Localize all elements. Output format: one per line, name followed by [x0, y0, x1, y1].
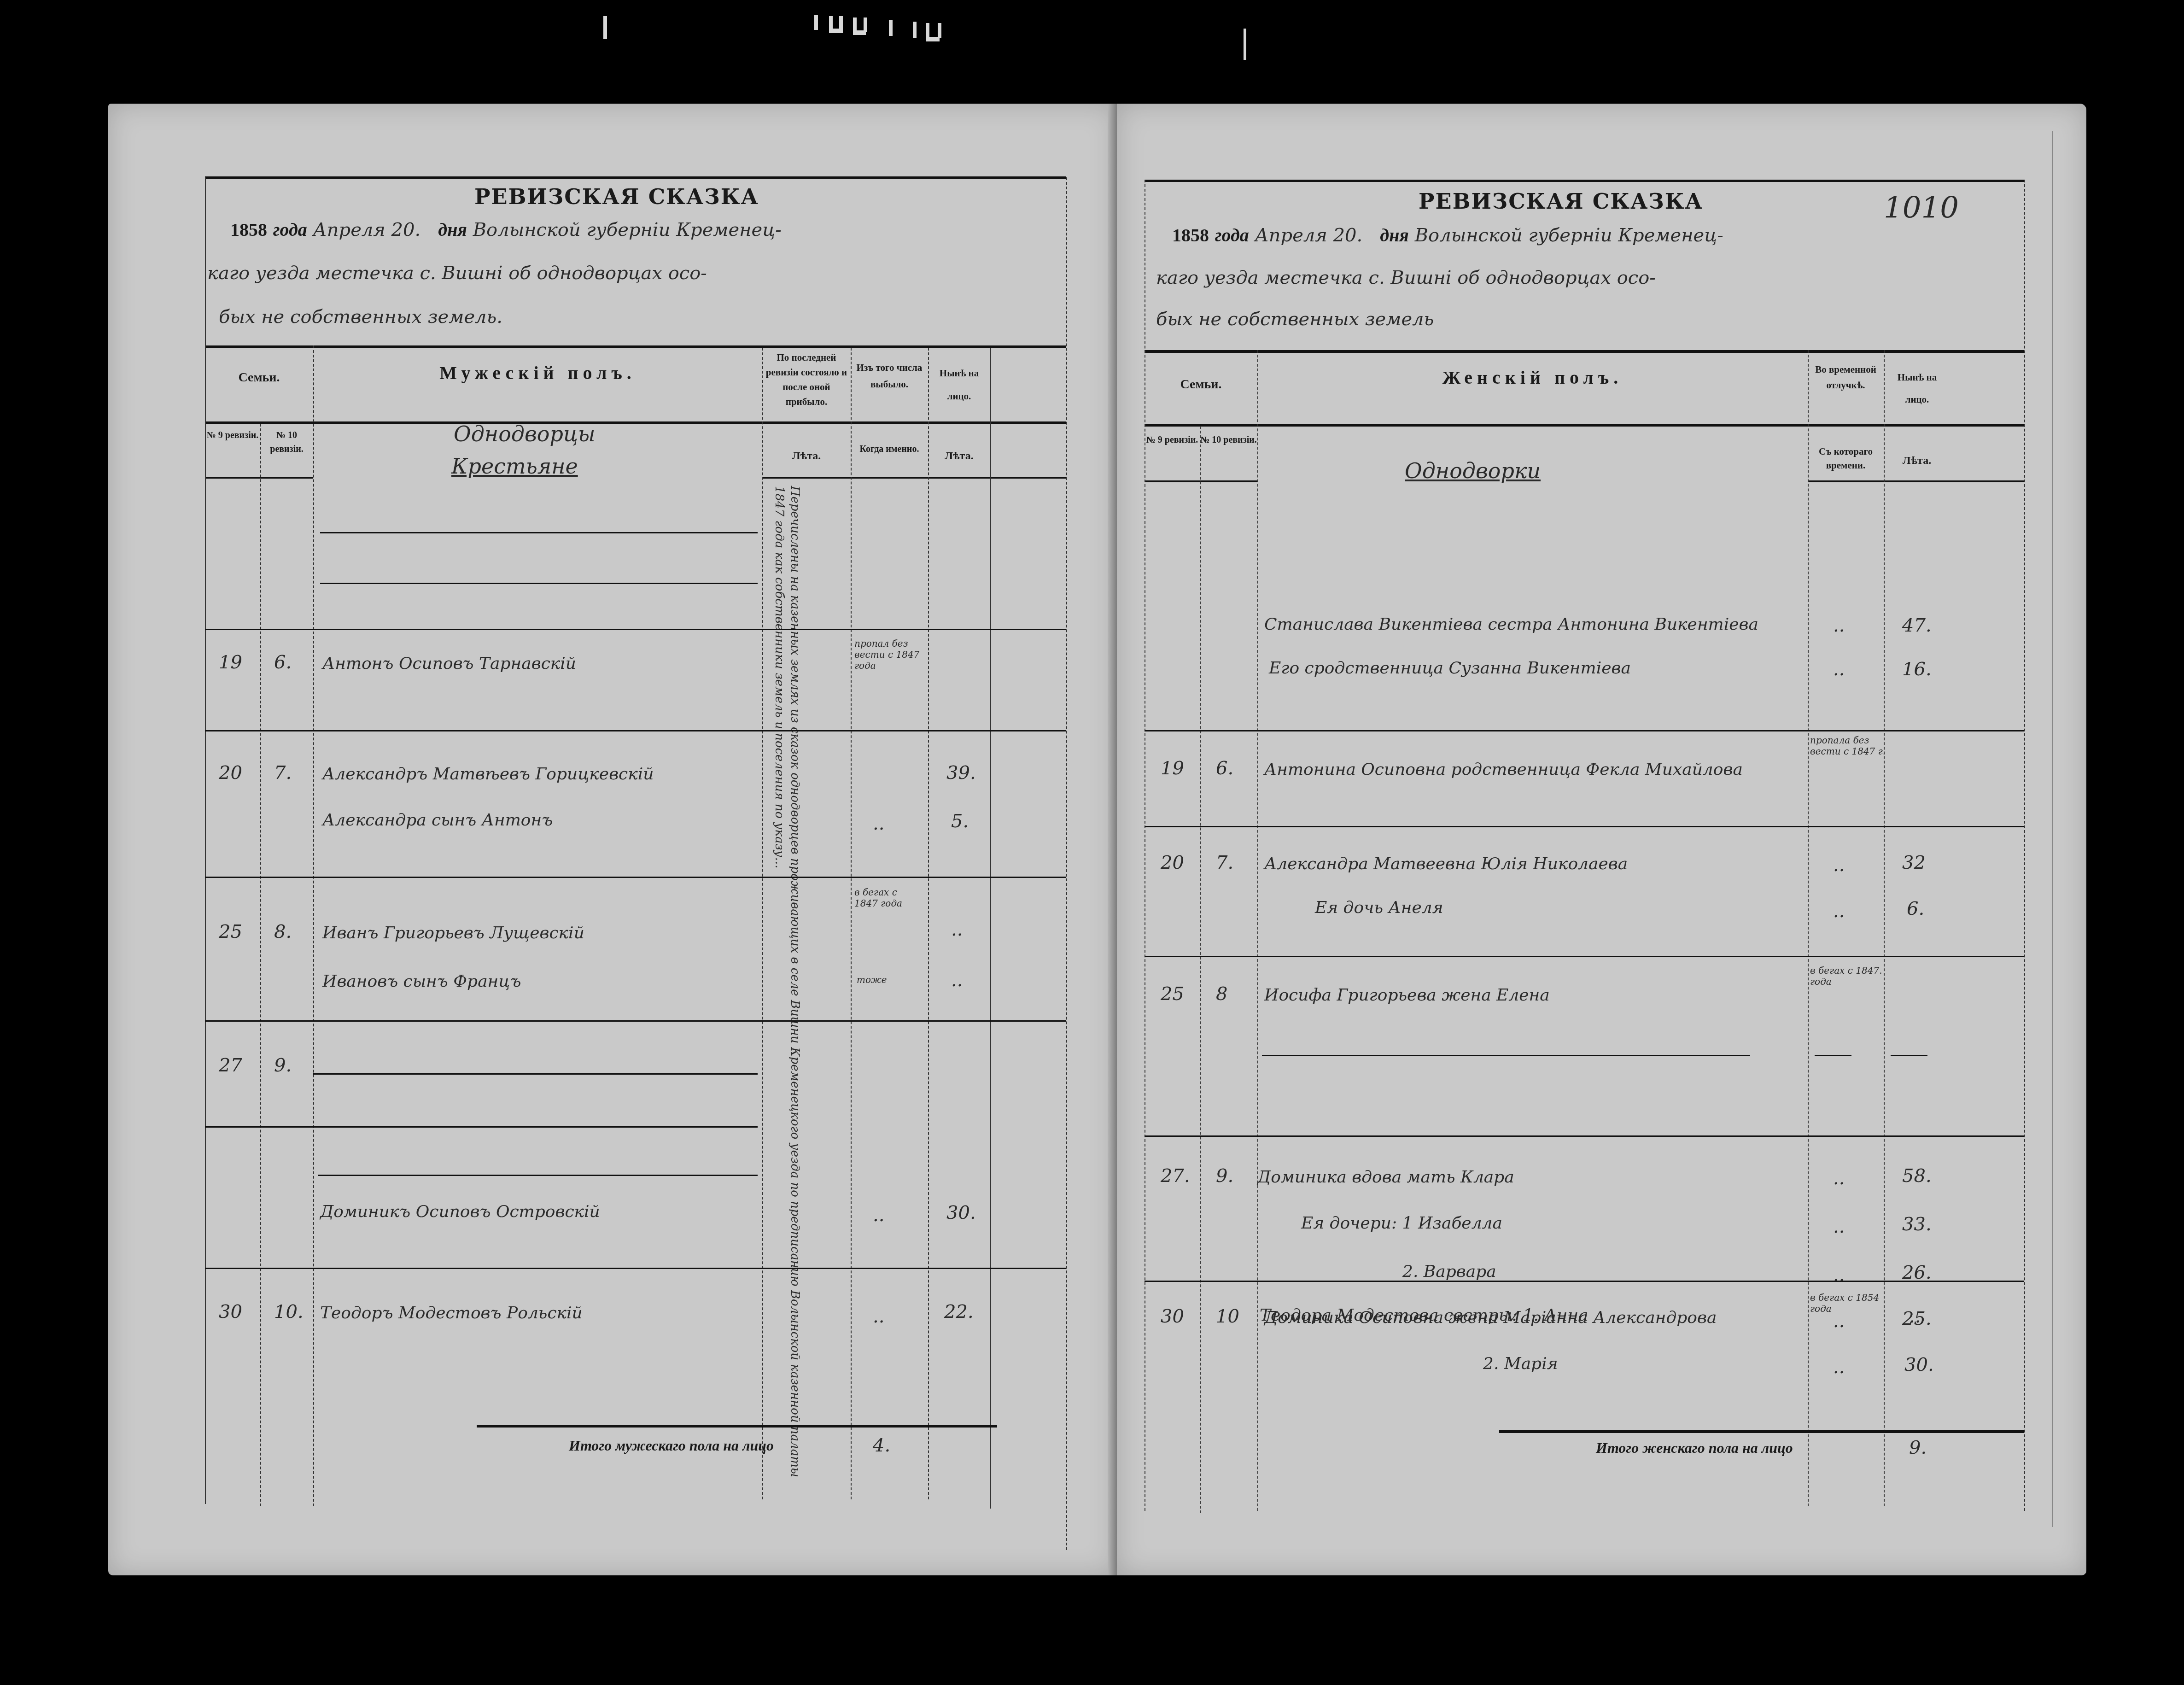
- total-female-label: Итого женскаго пола на лицо: [1596, 1439, 1793, 1457]
- header-rev10: № 10 ревизiи.: [1200, 433, 1257, 447]
- header-years: Лѣта.: [763, 449, 850, 463]
- intro-line-2: каго уезда местечка с. Вишнi об однодвор…: [1156, 267, 1656, 288]
- header-gender: Мужескiй полъ.: [313, 366, 762, 380]
- right-page: РЕВИЗСКАЯ СКАЗКА 1010 1858 года Апреля 2…: [1117, 104, 2086, 1575]
- header-now: Нынѣ на лицо.: [1885, 366, 2023, 410]
- header-years-now: Лѣта.: [929, 449, 989, 463]
- page-edge-fold: [2052, 131, 2053, 1527]
- header-rev10: № 10 ревизiи.: [260, 428, 313, 456]
- rule: [205, 176, 1066, 179]
- header-temp-absent: Во временной отлучкѣ.: [1809, 362, 1883, 393]
- section-heading: Однодворки: [1405, 458, 1541, 483]
- section-heading-1: Однодворцы: [454, 421, 596, 446]
- header-now: Нынѣ на лицо.: [929, 362, 989, 408]
- intro-line-1: 1858 года Апреля 20. дня Волынской губер…: [230, 219, 782, 240]
- header-families: Семьи.: [1145, 378, 1257, 392]
- header-gender: Женскiй полъ.: [1257, 371, 1808, 385]
- open-ledger: РЕВИЗСКАЯ СКАЗКА 1858 года Апреля 20. дн…: [108, 104, 2086, 1575]
- header-years: Лѣта.: [1885, 454, 1949, 468]
- page-title: РЕВИЗСКАЯ СКАЗКА: [1419, 189, 1703, 214]
- vertical-annotation: Перечислены на казенных землях из сказок…: [771, 486, 803, 1499]
- header-departed: Изъ того числа выбыло.: [852, 359, 927, 392]
- header-last-revision: По последней ревизiи состояло и после он…: [763, 350, 850, 409]
- folio-number: 1010: [1884, 191, 1959, 225]
- total-female-value: 9.: [1909, 1437, 1927, 1458]
- intro-line-3: бых не собственных земель.: [219, 306, 502, 328]
- left-page: РЕВИЗСКАЯ СКАЗКА 1858 года Апреля 20. дн…: [108, 104, 1117, 1575]
- intro-line-1: 1858 года Апреля 20. дня Волынской губер…: [1172, 224, 1723, 246]
- header-since: Съ котораго времени.: [1809, 445, 1883, 472]
- total-male-value: 4.: [873, 1435, 890, 1456]
- header-rev9: № 9 ревизiи.: [205, 428, 260, 442]
- header-families: Семьи.: [205, 371, 313, 385]
- intro-line-2: каго уезда местечка с. Вишнi об однодвор…: [207, 263, 707, 284]
- page-title: РЕВИЗСКАЯ СКАЗКА: [474, 184, 759, 209]
- section-heading-2: Крестьяне: [451, 454, 578, 479]
- header-rev9: № 9 ревизiи.: [1145, 433, 1200, 447]
- intro-line-3: бых не собственных земель: [1156, 309, 1434, 330]
- total-male-label: Итого мужескаго пола на лицо: [569, 1437, 774, 1454]
- header-when: Когда именно.: [852, 442, 927, 456]
- film-edge-marks: [0, 0, 2184, 69]
